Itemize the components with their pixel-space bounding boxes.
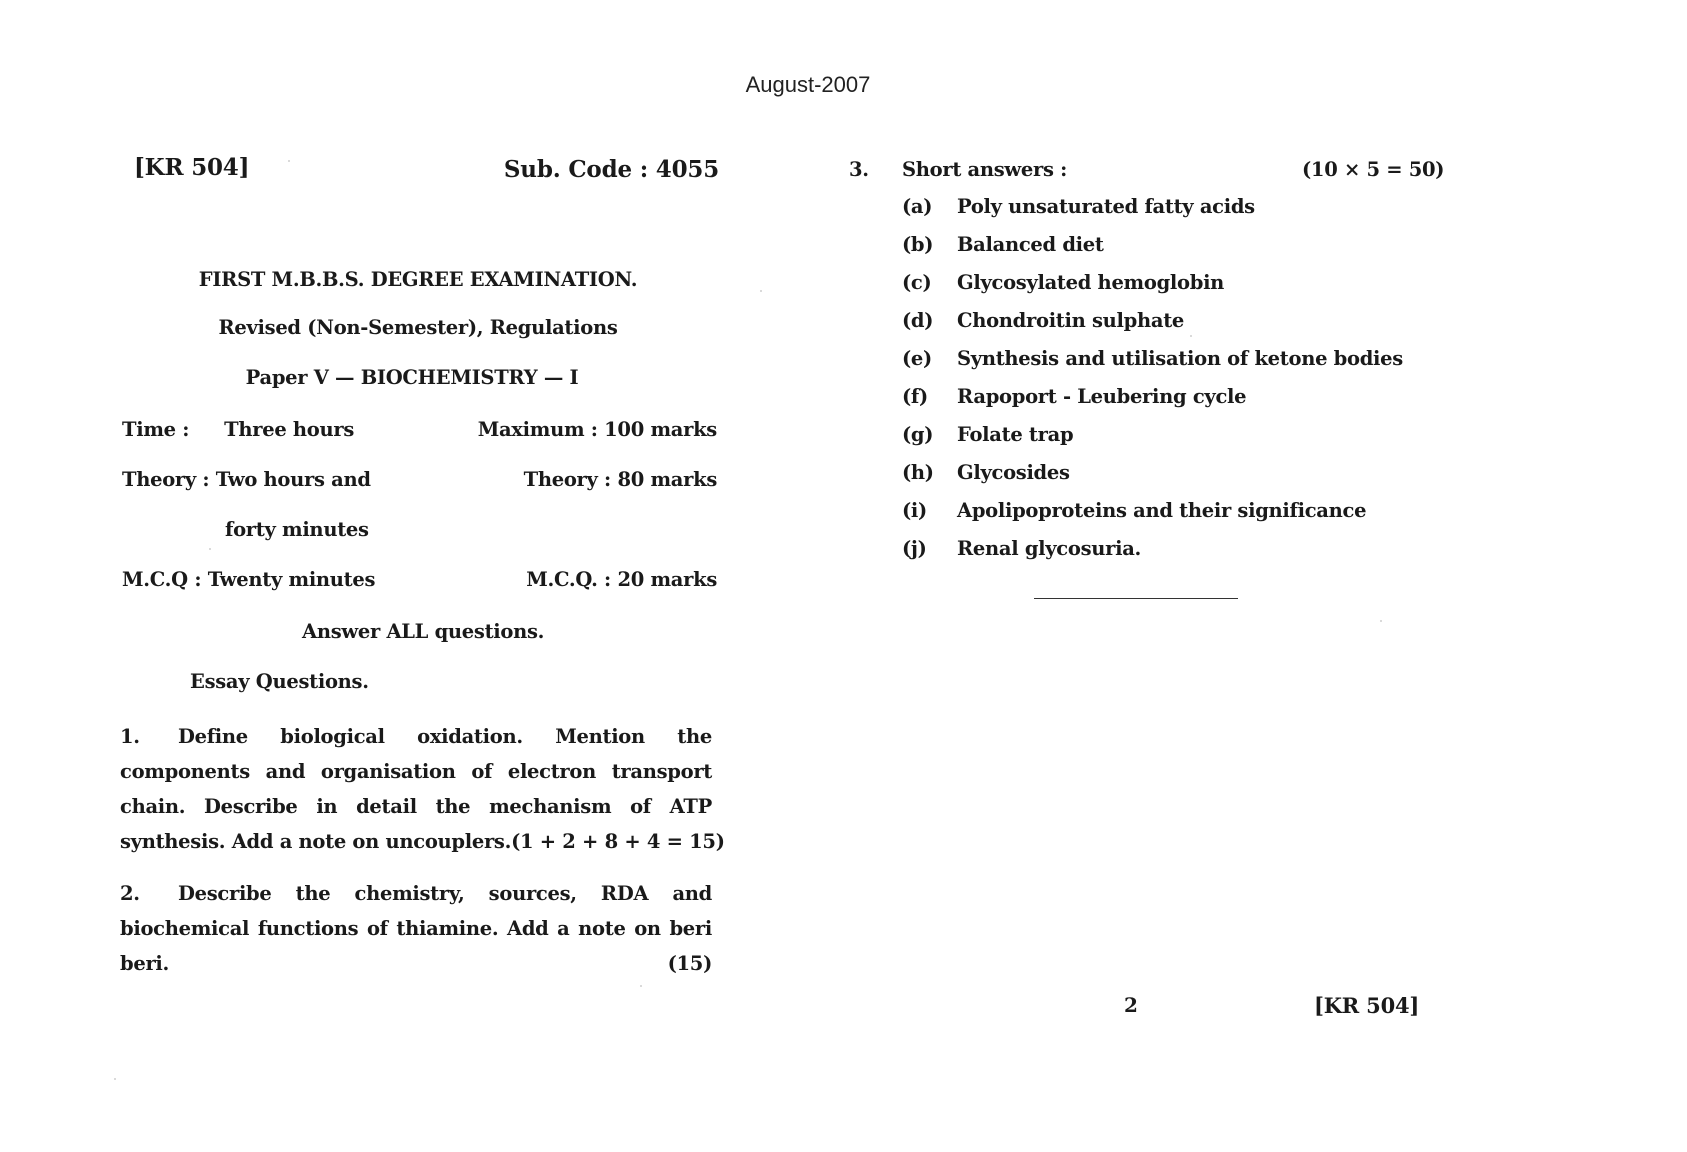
scan-speck bbox=[209, 548, 211, 550]
end-separator-line bbox=[1034, 598, 1238, 599]
time-label-row: Time : Three hours bbox=[122, 418, 354, 441]
short-answer-item: (d)Chondroitin sulphate bbox=[902, 302, 1403, 340]
short-answer-item: (e)Synthesis and utilisation of ketone b… bbox=[902, 340, 1403, 378]
question-number: 1. bbox=[120, 719, 178, 754]
theory-marks: Theory : 80 marks bbox=[524, 468, 717, 491]
theory-time-row: Theory : Two hours and bbox=[122, 468, 371, 491]
scan-speck bbox=[1380, 620, 1382, 622]
theory-time-continued: forty minutes bbox=[225, 518, 369, 541]
short-answer-item: (a)Poly unsaturated fatty acids bbox=[902, 188, 1403, 226]
regulations: Revised (Non-Semester), Regulations bbox=[118, 316, 718, 339]
paper-title: Paper V — BIOCHEMISTRY — I bbox=[112, 366, 712, 389]
question-line: 1.Define biological oxidation. Mention t… bbox=[120, 719, 712, 754]
scan-speck bbox=[114, 1078, 116, 1080]
mcq-time-row: M.C.Q : Twenty minutes bbox=[122, 568, 375, 591]
short-answer-item: (c)Glycosylated hemoglobin bbox=[902, 264, 1403, 302]
short-answer-item: (j)Renal glycosuria. bbox=[902, 530, 1403, 568]
question-line: components and organisation of electron … bbox=[120, 754, 712, 789]
scan-speck bbox=[760, 290, 762, 292]
question-number: 2. bbox=[120, 876, 178, 911]
question-line: 2.Describe the chemistry, sources, RDA a… bbox=[120, 876, 712, 911]
instruction: Answer ALL questions. bbox=[302, 620, 544, 643]
footer-paper-code: [KR 504] bbox=[1314, 993, 1419, 1018]
question-marks: (1 + 2 + 8 + 4 = 15) bbox=[511, 824, 725, 859]
essay-question-2: 2.Describe the chemistry, sources, RDA a… bbox=[120, 876, 712, 981]
section-title: Essay Questions. bbox=[190, 670, 369, 693]
short-answer-item: (i)Apolipoproteins and their significanc… bbox=[902, 492, 1403, 530]
time-value: Three hours bbox=[224, 418, 354, 441]
paper-code: [KR 504] bbox=[134, 154, 249, 181]
scan-speck bbox=[640, 985, 642, 987]
mcq-marks: M.C.Q. : 20 marks bbox=[526, 568, 717, 591]
theory-label: Theory : bbox=[122, 468, 209, 491]
question-line: chain. Describe in detail the mechanism … bbox=[120, 789, 712, 824]
question-last-line: beri. (15) bbox=[120, 946, 712, 981]
theory-value: Two hours and bbox=[216, 468, 371, 491]
short-answer-item: (h)Glycosides bbox=[902, 454, 1403, 492]
question-line: biochemical functions of thiamine. Add a… bbox=[120, 911, 712, 946]
subject-code: Sub. Code : 4055 bbox=[504, 156, 719, 183]
short-answer-item: (f)Rapoport - Leubering cycle bbox=[902, 378, 1403, 416]
essay-question-1: 1.Define biological oxidation. Mention t… bbox=[120, 719, 712, 859]
question-last-line: synthesis. Add a note on uncouplers. (1 … bbox=[120, 824, 712, 859]
short-answers-number: 3. bbox=[849, 158, 869, 181]
mcq-label: M.C.Q : bbox=[122, 568, 201, 591]
scan-speck bbox=[288, 160, 290, 162]
question-marks: (15) bbox=[668, 946, 712, 981]
mcq-value: Twenty minutes bbox=[208, 568, 375, 591]
short-answers-marks: (10 × 5 = 50) bbox=[1302, 158, 1444, 181]
short-answer-item: (g)Folate trap bbox=[902, 416, 1403, 454]
document-date: August-2007 bbox=[0, 72, 1616, 98]
time-label: Time : bbox=[122, 418, 189, 441]
maximum-marks: Maximum : 100 marks bbox=[478, 418, 717, 441]
scan-speck bbox=[1190, 335, 1192, 337]
exam-title: FIRST M.B.B.S. DEGREE EXAMINATION. bbox=[118, 268, 718, 291]
short-answer-item: (b)Balanced diet bbox=[902, 226, 1403, 264]
short-answers-title: Short answers : bbox=[902, 158, 1067, 181]
page-number: 2 bbox=[1124, 993, 1138, 1017]
short-answers-list: (a)Poly unsaturated fatty acids (b)Balan… bbox=[902, 188, 1403, 568]
